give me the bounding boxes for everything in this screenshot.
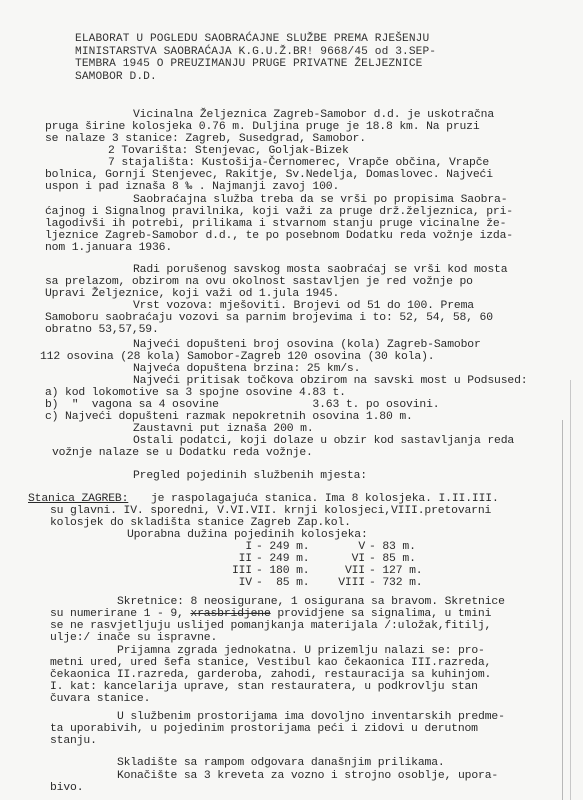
document-title-line: MINISTARSTVA SAOBRAĆAJA K.G.U.Ž.BR! 9668… <box>75 46 436 58</box>
paragraph-line: Vrst vozova: mješoviti. Brojevi od 51 do… <box>133 300 474 312</box>
typewritten-page: ELABORAT U POGLEDU SAOBRAĆAJNE SLUŽBE PR… <box>0 0 583 800</box>
station-name-label: Stanica ZAGREB: <box>28 493 128 505</box>
track-length: - 85 m. <box>256 577 310 589</box>
list-item: b) " vagona sa 4 osovine 3.63 t. po osov… <box>45 399 439 411</box>
track-length: - 83 m. <box>369 541 416 553</box>
paragraph-line: bolnica, Gornji Stenjevec, Rakitje, Sv.N… <box>45 169 493 181</box>
track-length: - 732 m. <box>369 577 423 589</box>
paragraph-line: čuvara stanice. <box>50 693 150 705</box>
paragraph-line: Skladište sa rampom odgovara današnjim p… <box>117 757 445 769</box>
paragraph-line: Najveći pritisak točkova obzirom na savs… <box>133 375 527 387</box>
track-length: - 127 m. <box>369 565 423 577</box>
struck-out-word: xrasbridjene <box>190 608 270 620</box>
page-edge-line <box>562 420 563 800</box>
paragraph-line: ćajnog i Signalnog pravilnika, koji važi… <box>45 206 513 218</box>
paragraph-line: 112 osovina (28 kola) Samobor-Zagreb 120… <box>40 351 434 363</box>
paragraph-line: Najveća dopuštena brzina: 25 km/s. <box>133 363 360 375</box>
paragraph-line: Konačište sa 3 kreveta za vozno i strojn… <box>117 770 498 782</box>
page-edge-line <box>570 380 571 800</box>
paragraph-line: stanju. <box>50 735 97 747</box>
section-heading: Pregled pojedinih službenih mjesta: <box>133 470 367 482</box>
track-length: - 249 m. <box>256 541 310 553</box>
paragraph-line: sa prelazom, obzirom na ovu okolnost sas… <box>45 276 473 288</box>
track-number: IV <box>218 577 252 589</box>
track-length: - 85 m. <box>369 553 416 565</box>
paragraph-line: ulje:/ inače su ispravne. <box>50 632 217 644</box>
paragraph-line: nom 1.januara 1936. <box>45 242 172 254</box>
track-number: VI <box>325 553 365 565</box>
paragraph-line: se ne rasvjetljuju uslijed pomanjkanja m… <box>50 620 491 632</box>
document-title-line: SAMOBOR D.D. <box>75 71 157 83</box>
paragraph-line: Ostali podatci, koji dolaze u obzir kod … <box>133 435 514 447</box>
paragraph-line: Skretnice: 8 neosigurane, 1 osigurana sa… <box>117 596 505 608</box>
paragraph-line: Saobraćajna služba treba da se vrši po p… <box>133 194 507 206</box>
paragraph-line: Prijamna zgrada jednokatna. U prizemlju … <box>117 645 485 657</box>
paragraph-line: su numerirane 1 - 9, xrasbridjene provid… <box>50 608 491 620</box>
track-number: VIII <box>325 577 365 589</box>
paragraph-line: bivo. <box>50 782 83 794</box>
track-number: VII <box>325 565 365 577</box>
track-number: III <box>218 565 252 577</box>
paragraph-line: ljeznice Zagreb-Samobor d.d., te po pose… <box>45 230 513 242</box>
list-item: a) kod lokomotive sa 3 spojne osovine 4.… <box>45 387 346 399</box>
paragraph-line: ta uporabivih, u pojedinim prostorijama … <box>50 723 478 735</box>
paragraph-line: kolosjek do skladišta stanice Zagreb Zap… <box>50 517 351 529</box>
paragraph-line: uspon i pad iznaša 8 ‰ . Najmanji zavoj … <box>45 181 339 193</box>
document-title-line: ELABORAT U POGLEDU SAOBRAĆAJNE SLUŽBE PR… <box>75 33 429 45</box>
track-length: - 249 m. <box>256 553 310 565</box>
paragraph-line: pruga širine kolosjeka 0.76 m. Duljina p… <box>45 121 480 133</box>
paragraph-line: 2 Tovarišta: Stenjevac, Goljak-Bizek <box>108 145 349 157</box>
track-number: V <box>325 541 365 553</box>
paragraph-line: Upravi Željeznice, koji važi od 1.jula 1… <box>45 288 339 300</box>
track-length: - 180 m. <box>256 565 310 577</box>
list-item: c) Najveći dopušteni razmak nepokretnih … <box>45 411 413 423</box>
paragraph-line: I. kat: kancelarija uprave, stan restaur… <box>50 681 478 693</box>
paragraph-line: su glavni. IV. sporedni, V.VI.VII. krnji… <box>50 505 491 517</box>
paragraph-line: vožnje nalaze se u Dodatku reda vožnje. <box>52 447 313 459</box>
paragraph-line: Vicinalna Željeznica Zagreb-Samobor d.d.… <box>133 109 494 121</box>
paragraph-line: Najveći dopušteni broj osovina (kola) Za… <box>133 339 481 351</box>
paragraph-line: čekaonica II.razreda, garderoba, zahodi,… <box>50 669 491 681</box>
paragraph-line: Samoboru saobraćaju vozovi sa parnim bro… <box>45 312 493 324</box>
track-number: I <box>218 541 252 553</box>
track-number: II <box>218 553 252 565</box>
paragraph-line: metni ured, ured šefa stanice, Vestibul … <box>50 657 491 669</box>
paragraph-line: U službenim prostorijama ima dovoljno in… <box>117 711 505 723</box>
paragraph-line: je raspolagajuća stanica. Ima 8 kolosjek… <box>151 493 499 505</box>
paragraph-line: lagodivši ih potrebi, prilikama i stvarn… <box>45 218 506 230</box>
paragraph-line: obratno 53,57,59. <box>45 324 159 336</box>
track-length-heading: Uporabna dužina pojedinih kolosjeka: <box>127 529 368 541</box>
paragraph-line: se nalaze 3 stanice: Zagreb, Susedgrad, … <box>45 133 366 145</box>
paragraph-line: Radi porušenog savskog mosta saobraćaj s… <box>133 264 507 276</box>
document-title-line: TEMBRA 1945 O PREUZIMANJU PRUGE PRIVATNE… <box>75 58 423 70</box>
paragraph-line: Zaustavni put iznaša 200 m. <box>133 423 314 435</box>
paragraph-line: 7 stajališta: Kustošija-Černomerec, Vrap… <box>108 157 489 169</box>
